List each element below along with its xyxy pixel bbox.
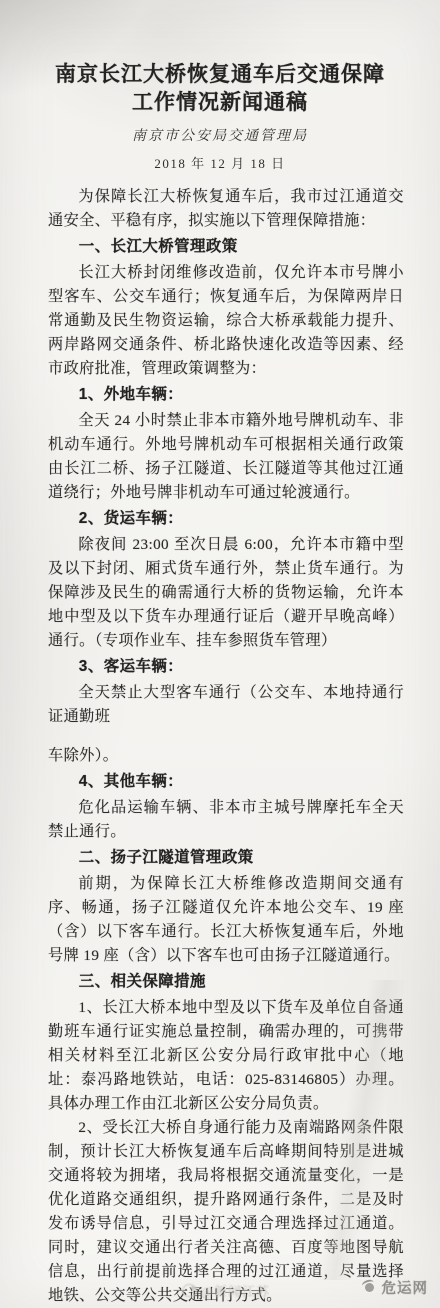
section-3-heading: 三、相关保障措施 (48, 970, 404, 994)
document-title-line2: 工作情况新闻通稿 (30, 88, 410, 116)
weibo-watermark-text: @新闻江苏 (201, 1281, 270, 1300)
passenger-vehicles-paragraph: 全天禁止大型客车通行（公交车、本地持通行证通勤班 (48, 681, 404, 729)
section-3-paragraph-2: 2、受长江大桥自身通行能力及南端路网条件限制，预计长江大桥恢复通车后高峰期间特别… (48, 1116, 404, 1308)
document-title: 南京长江大桥恢复通车后交通保障 工作情况新闻通稿 (30, 60, 410, 116)
sub-1-foreign-vehicles: 1、外地车辆： (48, 383, 404, 407)
section-1-heading: 一、长江大桥管理政策 (48, 235, 404, 259)
weibo-watermark: @新闻江苏 (182, 1281, 270, 1300)
site-watermark-text: 危运网 (382, 1277, 429, 1298)
section-1-paragraph: 长江大桥封闭维修改造前，仅允许本市号牌小型客车、公交车通行；恢复通车后，为保障两… (48, 261, 404, 381)
issuing-agency: 南京市公安局交通管理局 (0, 125, 440, 145)
weibo-icon (182, 1284, 197, 1297)
document-body: 为保障长江大桥恢复通车后，我市过江通道交通安全、平稳有序，拟实施以下管理保障措施… (48, 185, 404, 1308)
other-vehicles-paragraph: 危化品运输车辆、非本市主城号牌摩托车全天禁止通行。 (48, 796, 404, 844)
sub-3-passenger-vehicles: 3、客运车辆： (48, 655, 404, 679)
weiyunwang-logo-icon (362, 1281, 377, 1294)
site-watermark: 危运网 (362, 1277, 429, 1298)
passenger-vehicles-continuation: 车除外）。 (48, 744, 404, 768)
document-date: 2018 年 12 月 18 日 (0, 153, 440, 172)
section-2-heading: 二、扬子江隧道管理政策 (48, 846, 404, 870)
foreign-vehicles-paragraph: 全天 24 小时禁止非本市籍外地号牌机动车、非机动车通行。外地号牌机动车可根据相… (48, 409, 404, 505)
document-title-line1: 南京长江大桥恢复通车后交通保障 (30, 60, 410, 88)
section-2-paragraph: 前期，为保障长江大桥维修改造期间交通有序、畅通，扬子江隧道仅允许本地公交车、19… (48, 872, 404, 968)
sub-2-freight-vehicles: 2、货运车辆： (48, 507, 404, 531)
freight-vehicles-paragraph: 除夜间 23:00 至次日晨 6:00，允许本市籍中型及以下封闭、厢式货车通行外… (48, 533, 404, 653)
scanned-document-page: 南京长江大桥恢复通车后交通保障 工作情况新闻通稿 南京市公安局交通管理局 201… (0, 0, 440, 1308)
intro-paragraph: 为保障长江大桥恢复通车后，我市过江通道交通安全、平稳有序，拟实施以下管理保障措施… (48, 185, 404, 233)
sub-4-other-vehicles: 4、其他车辆： (48, 770, 404, 794)
section-3-paragraph-1: 1、长江大桥本地中型及以下货车及单位自备通勤班车通行证实施总量控制，确需办理的，… (48, 996, 404, 1116)
